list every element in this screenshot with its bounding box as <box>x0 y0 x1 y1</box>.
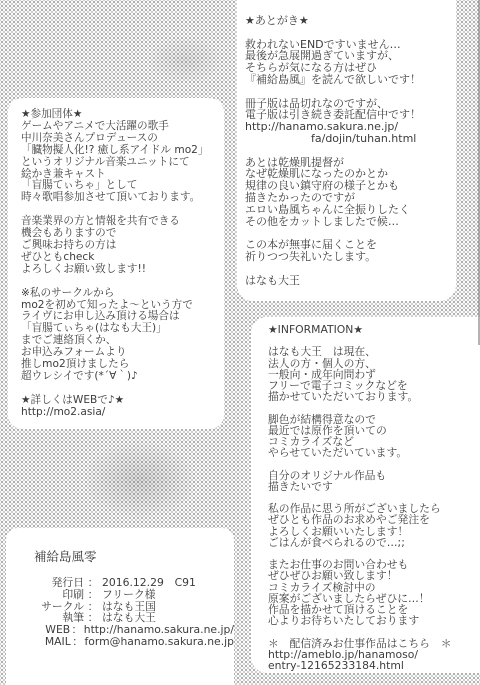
colophon-section: 補給島風零 発行日：2016.12.29 C91 印刷：フリーク様 サークル：は… <box>6 528 234 685</box>
scan-artifact-smudge <box>130 25 240 95</box>
afterword-section: ★あとがき★ 救われないENDですいません…最後が急展開過ぎていますが、そちらが… <box>237 0 456 301</box>
colophon-row-printer: 印刷：フリーク様 <box>28 589 234 601</box>
text-line: 中川奈美さんプロデュースの <box>21 133 224 145</box>
colophon-value: フリーク様 <box>102 589 156 601</box>
text-line <box>21 383 224 395</box>
text-line <box>268 402 480 413</box>
text-line: 「臓物擬人化!? 癒し系アイドル mo2」 <box>21 145 224 157</box>
text-line: ごはんが食べられるので…;; <box>268 537 480 548</box>
text-line: 描きたかったのですが <box>245 192 456 204</box>
text-line: よろしくお願い致します!! <box>21 264 224 276</box>
text-line: 祈りつつ失礼いたします。 <box>245 251 456 263</box>
information-section: ★INFORMATION★ はなも大王 は現在、法人の方・個人の方、一般向・成年… <box>251 317 480 673</box>
text-line: ★あとがき★ <box>245 15 456 27</box>
text-line: 心よりお待ちいたしております <box>268 615 480 626</box>
text-line: ぜひともcheck <box>21 252 224 264</box>
text-line <box>268 458 480 469</box>
text-line: 『補給島風』を読んで欲しいです！ <box>245 74 456 86</box>
text-line: やらせていただいています。 <box>268 447 480 458</box>
text-line: ぜひとも作品のお求めやご発注を <box>268 514 480 525</box>
scanned-doujinshi-colophon-page: ★あとがき★ 救われないENDですいません…最後が急展開過ぎていますが、そちらが… <box>0 0 480 685</box>
text-line: ★詳しくはWEBで♪★ <box>21 395 224 407</box>
text-line: ぜひぜひお願い致します！ <box>268 570 480 581</box>
text-line <box>21 276 224 288</box>
text-line: ※私のサークルから <box>21 288 224 300</box>
colophon-row-mail: MAIL：form@hanamo.sakura.ne.jp <box>28 636 234 648</box>
text-line <box>245 86 456 98</box>
text-line: fa/dojin/tuhan.html <box>245 133 456 145</box>
text-line: 描きたいです <box>268 481 480 492</box>
text-line <box>245 263 456 275</box>
text-line: http://mo2.asia/ <box>21 407 224 419</box>
text-line: というオリジナル音楽ユニットにて <box>21 157 224 169</box>
text-line: ★INFORMATION★ <box>268 324 480 335</box>
text-line: その他をカットしましたで候… <box>245 216 456 228</box>
colophon-label: 印刷 <box>28 589 84 601</box>
book-title: 補給島風零 <box>34 547 234 565</box>
colophon-value: form@hanamo.sakura.ne.jp <box>84 636 234 648</box>
text-line: entry-12165233184.html <box>268 660 480 671</box>
colophon-label: MAIL <box>28 636 71 648</box>
text-line <box>245 145 456 157</box>
scan-artifact-smudge <box>60 425 220 535</box>
colon-separator: ： <box>84 589 102 601</box>
text-line: 超ウレシイです(*´∀｀)♪ <box>21 371 224 383</box>
text-line: はなも大王 は現在、 <box>268 346 480 357</box>
colon-separator: ： <box>71 636 85 648</box>
text-line <box>268 626 480 637</box>
text-line: 時々歌唱参加させて頂いております。 <box>21 192 224 204</box>
text-line: はなも大王 <box>245 275 456 287</box>
text-line <box>245 27 456 39</box>
participation-groups-section: ★参加団体★ゲームやアニメで大活躍の歌手中川奈美さんプロデュースの「臓物擬人化!… <box>8 98 224 429</box>
text-line: エロい島風ちゃんに全振りしたく <box>245 204 456 216</box>
text-line: 描かせていただいております。 <box>268 391 480 402</box>
